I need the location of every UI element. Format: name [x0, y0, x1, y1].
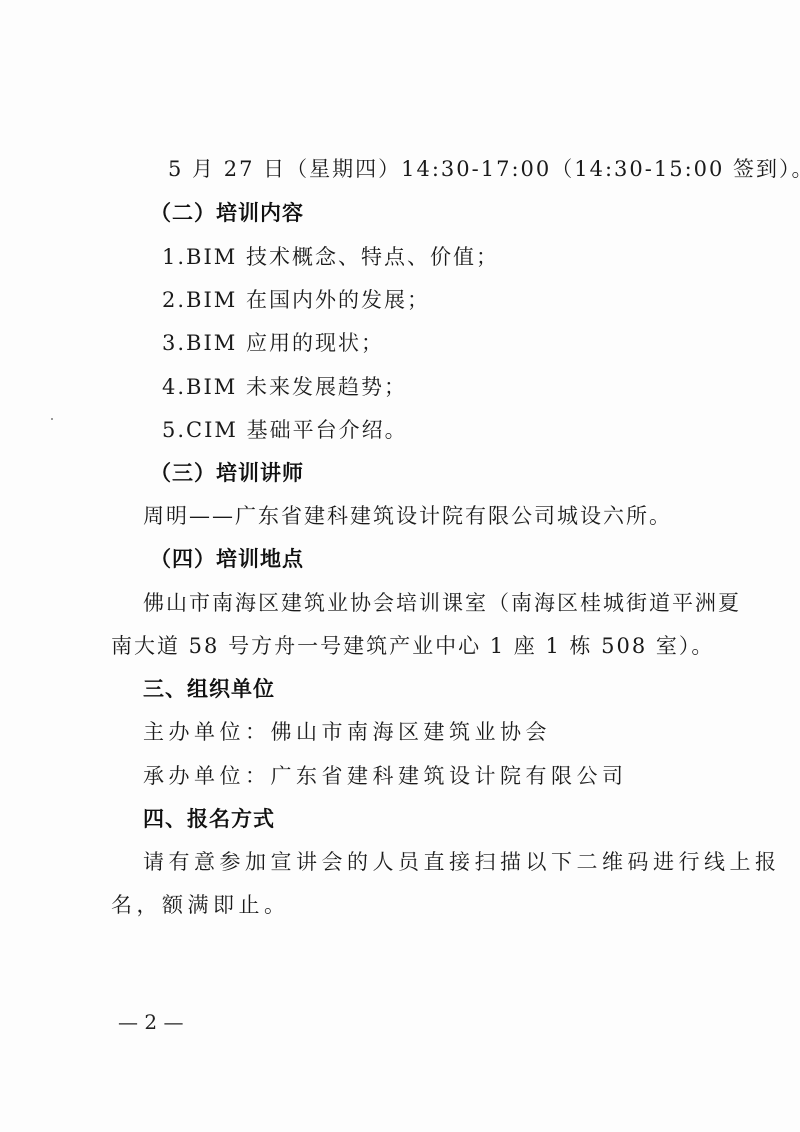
document-page: 5 月 27 日（星期四）14:30-17:00（14:30-15:00 签到）…	[0, 0, 800, 1132]
registration-text-line1: 请有意参加宣讲会的人员直接扫描以下二维码进行线上报	[143, 848, 781, 876]
schedule-line: 5 月 27 日（星期四）14:30-17:00（14:30-15:00 签到）…	[168, 155, 800, 183]
content-item-5: 5.CIM 基础平台介绍。	[162, 416, 408, 444]
section-heading-content: （二）培训内容	[150, 199, 304, 227]
content-item-3: 3.BIM 应用的现状；	[162, 329, 384, 357]
page-number: — 2 —	[118, 1008, 183, 1036]
content-item-1: 1.BIM 技术概念、特点、价值；	[162, 243, 499, 271]
section-heading-location: （四）培训地点	[150, 545, 304, 573]
section-heading-registration: 四、报名方式	[143, 805, 275, 833]
organizer-host: 主办单位：佛山市南海区建筑业协会	[143, 718, 551, 746]
section-heading-lecturer: （三）培训讲师	[150, 459, 304, 487]
registration-text-line2: 名，额满即止。	[111, 891, 290, 919]
section-heading-organizers: 三、组织单位	[143, 675, 275, 703]
scan-speck	[51, 418, 53, 420]
location-text-line1: 佛山市南海区建筑业协会培训课室（南海区桂城街道平洲夏	[143, 589, 741, 617]
lecturer-text: 周明——广东省建科建筑设计院有限公司城设六所。	[143, 502, 672, 530]
content-item-4: 4.BIM 未来发展趋势；	[162, 373, 407, 401]
content-item-2: 2.BIM 在国内外的发展；	[162, 286, 430, 314]
organizer-co-host: 承办单位：广东省建科建筑设计院有限公司	[143, 762, 628, 790]
location-text-line2: 南大道 58 号方舟一号建筑产业中心 1 座 1 栋 508 室）。	[111, 632, 714, 660]
